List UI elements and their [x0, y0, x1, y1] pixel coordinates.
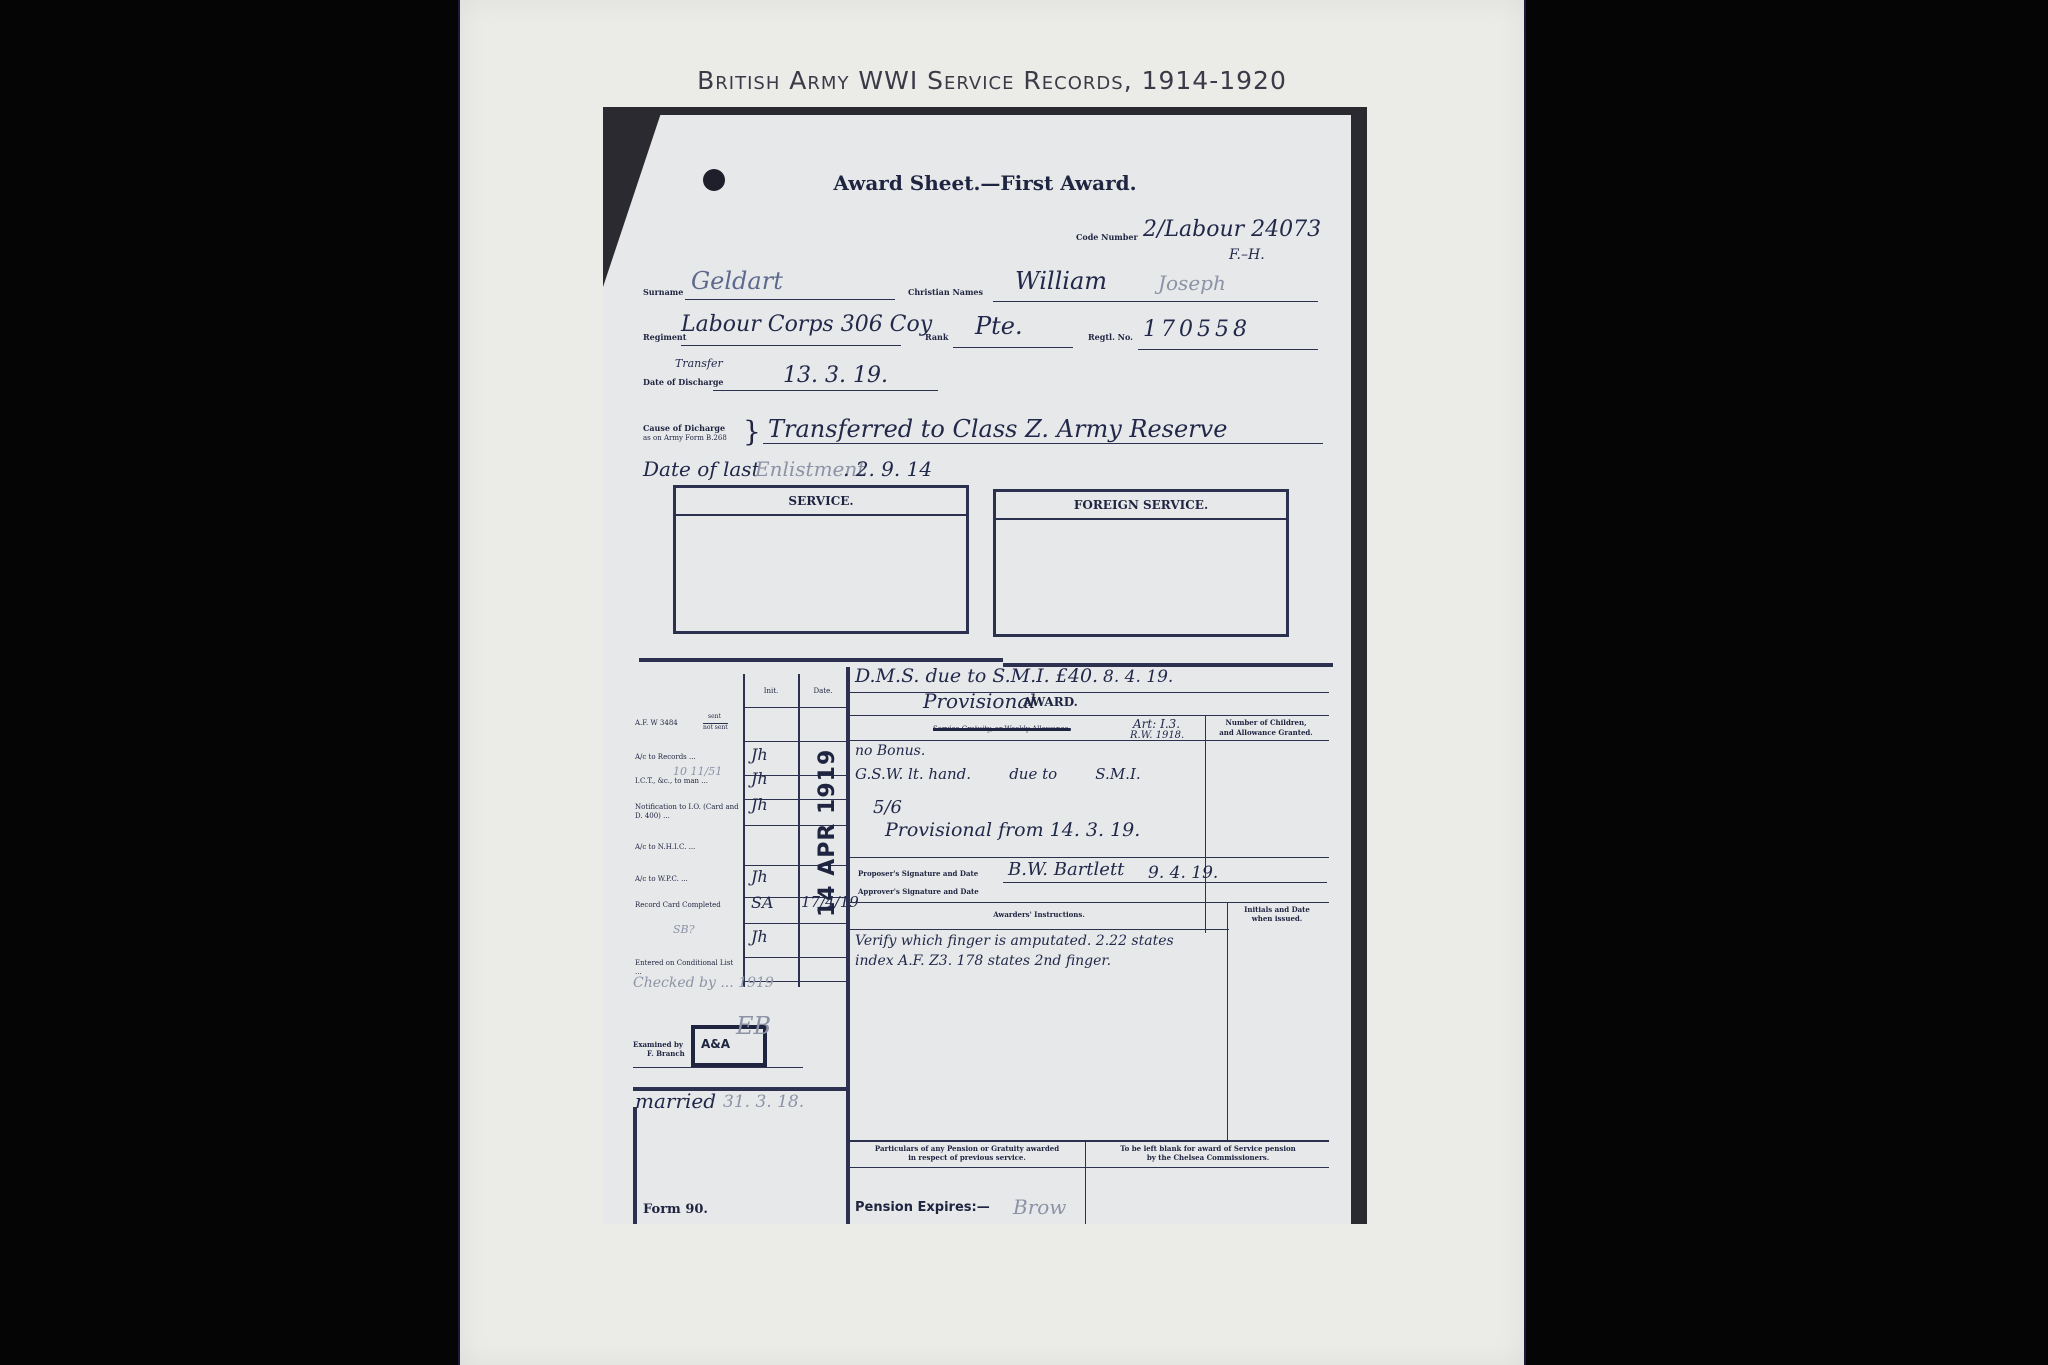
service-box: SERVICE.: [673, 485, 969, 634]
book-header: British Army WWI Service Records, 1914-1…: [460, 66, 1524, 95]
table-rule: [849, 929, 1229, 930]
regiment-value: Labour Corps 306 Coy: [681, 312, 932, 337]
dms-date: 8. 4. 19.: [1103, 667, 1173, 687]
last-enlistment-label: Date of last: [643, 457, 760, 481]
code-number-value: 2/Labour 24073: [1143, 217, 1321, 242]
checked-faint-note: Checked by ... 1919: [633, 975, 774, 991]
dms-line: D.M.S. due to S.M.I. £40.: [855, 665, 1098, 687]
checklist-note: SB?: [673, 923, 695, 936]
table-rule: [743, 957, 848, 958]
surname-value: Geldart: [691, 267, 783, 295]
table-rule: [1205, 715, 1206, 933]
christian-names-label: Christian Names: [908, 287, 983, 297]
rank-value: Pte.: [975, 312, 1023, 340]
col-header-init: Init.: [745, 687, 797, 695]
award-line-2: G.S.W. lt. hand. due to S.M.I.: [855, 765, 1141, 783]
award-line-4: Provisional from 14. 3. 19.: [885, 819, 1140, 841]
table-rule: [1085, 1142, 1086, 1224]
table-rule: [849, 1167, 1329, 1168]
discharge-overwrite: Transfer: [675, 357, 723, 370]
underline: [685, 299, 895, 300]
form-title: Award Sheet.—First Award.: [603, 171, 1367, 195]
checklist-initials: Jh: [751, 795, 768, 814]
last-enlistment-value: . 2. 9. 14: [843, 457, 932, 481]
table-rule: [743, 707, 848, 708]
pension-expires-value: Brow: [1013, 1195, 1066, 1219]
date-of-discharge-value: 13. 3. 19.: [783, 363, 888, 388]
underline: [633, 1067, 803, 1068]
checklist-label: Notification to I.O. (Card and D. 400) .…: [635, 803, 740, 821]
scan-border: [1351, 107, 1367, 1224]
regtl-no-value: 170558: [1143, 317, 1251, 342]
regtl-no-label: Regtl. No.: [1088, 332, 1133, 342]
received-date-stamp: 14 APR 1919: [815, 749, 840, 917]
checklist-initials: Jh: [751, 745, 768, 764]
table-rule: [743, 674, 745, 987]
chelsea-header-2: by the Chelsea Commissioners.: [1089, 1153, 1327, 1162]
table-rule: [849, 715, 1329, 716]
checklist-label: A/c to Records ...: [635, 753, 740, 762]
pension-particulars-header-2: in respect of previous service.: [853, 1153, 1081, 1162]
chelsea-header: To be left blank for award of Service pe…: [1089, 1144, 1327, 1153]
border: [633, 1107, 637, 1224]
checklist-label: A/c to N.H.I.C. ...: [635, 843, 740, 852]
foreign-service-box: FOREIGN SERVICE.: [993, 489, 1289, 637]
rank-label: Rank: [925, 332, 948, 342]
regiment-label: Regiment: [643, 332, 686, 342]
table-rule: [849, 692, 1329, 693]
awarders-instructions-header: Awarders' Instructions.: [849, 910, 1229, 919]
section-divider: [639, 658, 1003, 662]
checklist-initials: SA: [751, 893, 774, 912]
checklist-label: I.C.T., &c., to man ...: [635, 777, 740, 786]
code-number-subvalue: F.–H.: [1229, 247, 1265, 263]
examined-by-label: Examined by: [633, 1040, 683, 1049]
proposer-date: 9. 4. 19.: [1148, 863, 1218, 883]
table-rule: [798, 674, 800, 987]
table-rule: [849, 902, 1329, 903]
brace: }: [743, 415, 761, 448]
checklist-note: 10 11/51: [673, 765, 722, 778]
christian-names-faint: Joseph: [1158, 271, 1226, 295]
examined-initials: EB: [736, 1012, 771, 1040]
not-sent-label: not sent: [703, 723, 728, 731]
col-header-date: Date.: [800, 687, 846, 695]
surname-label: Surname: [643, 287, 683, 297]
provisional-text: Provisional: [923, 689, 1036, 713]
award-label: AWARD.: [1023, 695, 1078, 709]
underline: [953, 347, 1073, 348]
struck-text: Service Gratuity, or Weekly Allowance.: [933, 725, 1071, 733]
date-of-discharge-label: Date of Discharge: [643, 377, 724, 387]
married-note: married: [635, 1089, 716, 1113]
checklist-label: A/c to W.P.C. ...: [635, 875, 740, 884]
stamp-text: A&A: [701, 1037, 730, 1051]
scanned-award-sheet: Award Sheet.—First Award. Code Number 2/…: [603, 107, 1367, 1224]
proposer-signature: B.W. Bartlett: [1008, 859, 1124, 880]
code-number-label: Code Number: [1076, 232, 1138, 242]
table-rule: [849, 857, 1329, 858]
proposer-label: Proposer's Signature and Date: [858, 869, 978, 878]
award-rate: 5/6: [873, 797, 902, 818]
sent-label: sent: [708, 713, 721, 720]
form-number: Form 90.: [643, 1202, 708, 1217]
table-rule: [743, 923, 848, 924]
pension-expires-label: Pension Expires:—: [855, 1200, 990, 1215]
underline: [1003, 882, 1327, 883]
service-box-title: SERVICE.: [676, 488, 966, 516]
award-line-1: no Bonus.: [855, 743, 925, 759]
underline: [763, 443, 1323, 444]
initials-header: Initials and Date: [1229, 905, 1325, 914]
art-ref-line1: Art: I.3.: [1133, 717, 1180, 731]
children-header-2: and Allowance Granted.: [1207, 728, 1325, 737]
table-rule: [1227, 902, 1228, 1140]
foreign-service-box-title: FOREIGN SERVICE.: [996, 492, 1286, 520]
checklist-initials: Jh: [751, 867, 768, 886]
scan-border: [603, 107, 1367, 115]
underline: [1138, 349, 1318, 350]
cause-of-discharge-value: Transferred to Class Z. Army Reserve: [768, 415, 1227, 443]
checklist-label: Record Card Completed: [635, 901, 740, 910]
cause-of-discharge-sublabel: as on Army Form B.268: [643, 434, 727, 442]
checklist-initials: Jh: [751, 927, 768, 946]
underline: [713, 390, 938, 391]
table-rule: [849, 740, 1329, 741]
table-rule: [743, 741, 848, 742]
checklist-initials: Jh: [751, 769, 768, 788]
examined-branch-label: F. Branch: [647, 1049, 685, 1058]
underline: [993, 301, 1318, 302]
christian-names-value: William: [1015, 267, 1107, 295]
folded-corner: [603, 107, 663, 287]
table-rule: [849, 1140, 1329, 1142]
approver-label: Approver's Signature and Date: [858, 887, 979, 896]
instruction-line-1: Verify which finger is amputated. 2.22 s…: [855, 933, 1174, 949]
underline: [681, 345, 901, 346]
married-date: 31. 3. 18.: [723, 1092, 804, 1112]
instruction-line-2: index A.F. Z3. 178 states 2nd finger.: [855, 953, 1111, 969]
initials-header-2: when issued.: [1229, 914, 1325, 923]
cause-of-discharge-label: Cause of Dicharge: [643, 423, 725, 433]
children-header: Number of Children,: [1207, 718, 1325, 727]
pension-particulars-header: Particulars of any Pension or Gratuity a…: [853, 1144, 1081, 1153]
